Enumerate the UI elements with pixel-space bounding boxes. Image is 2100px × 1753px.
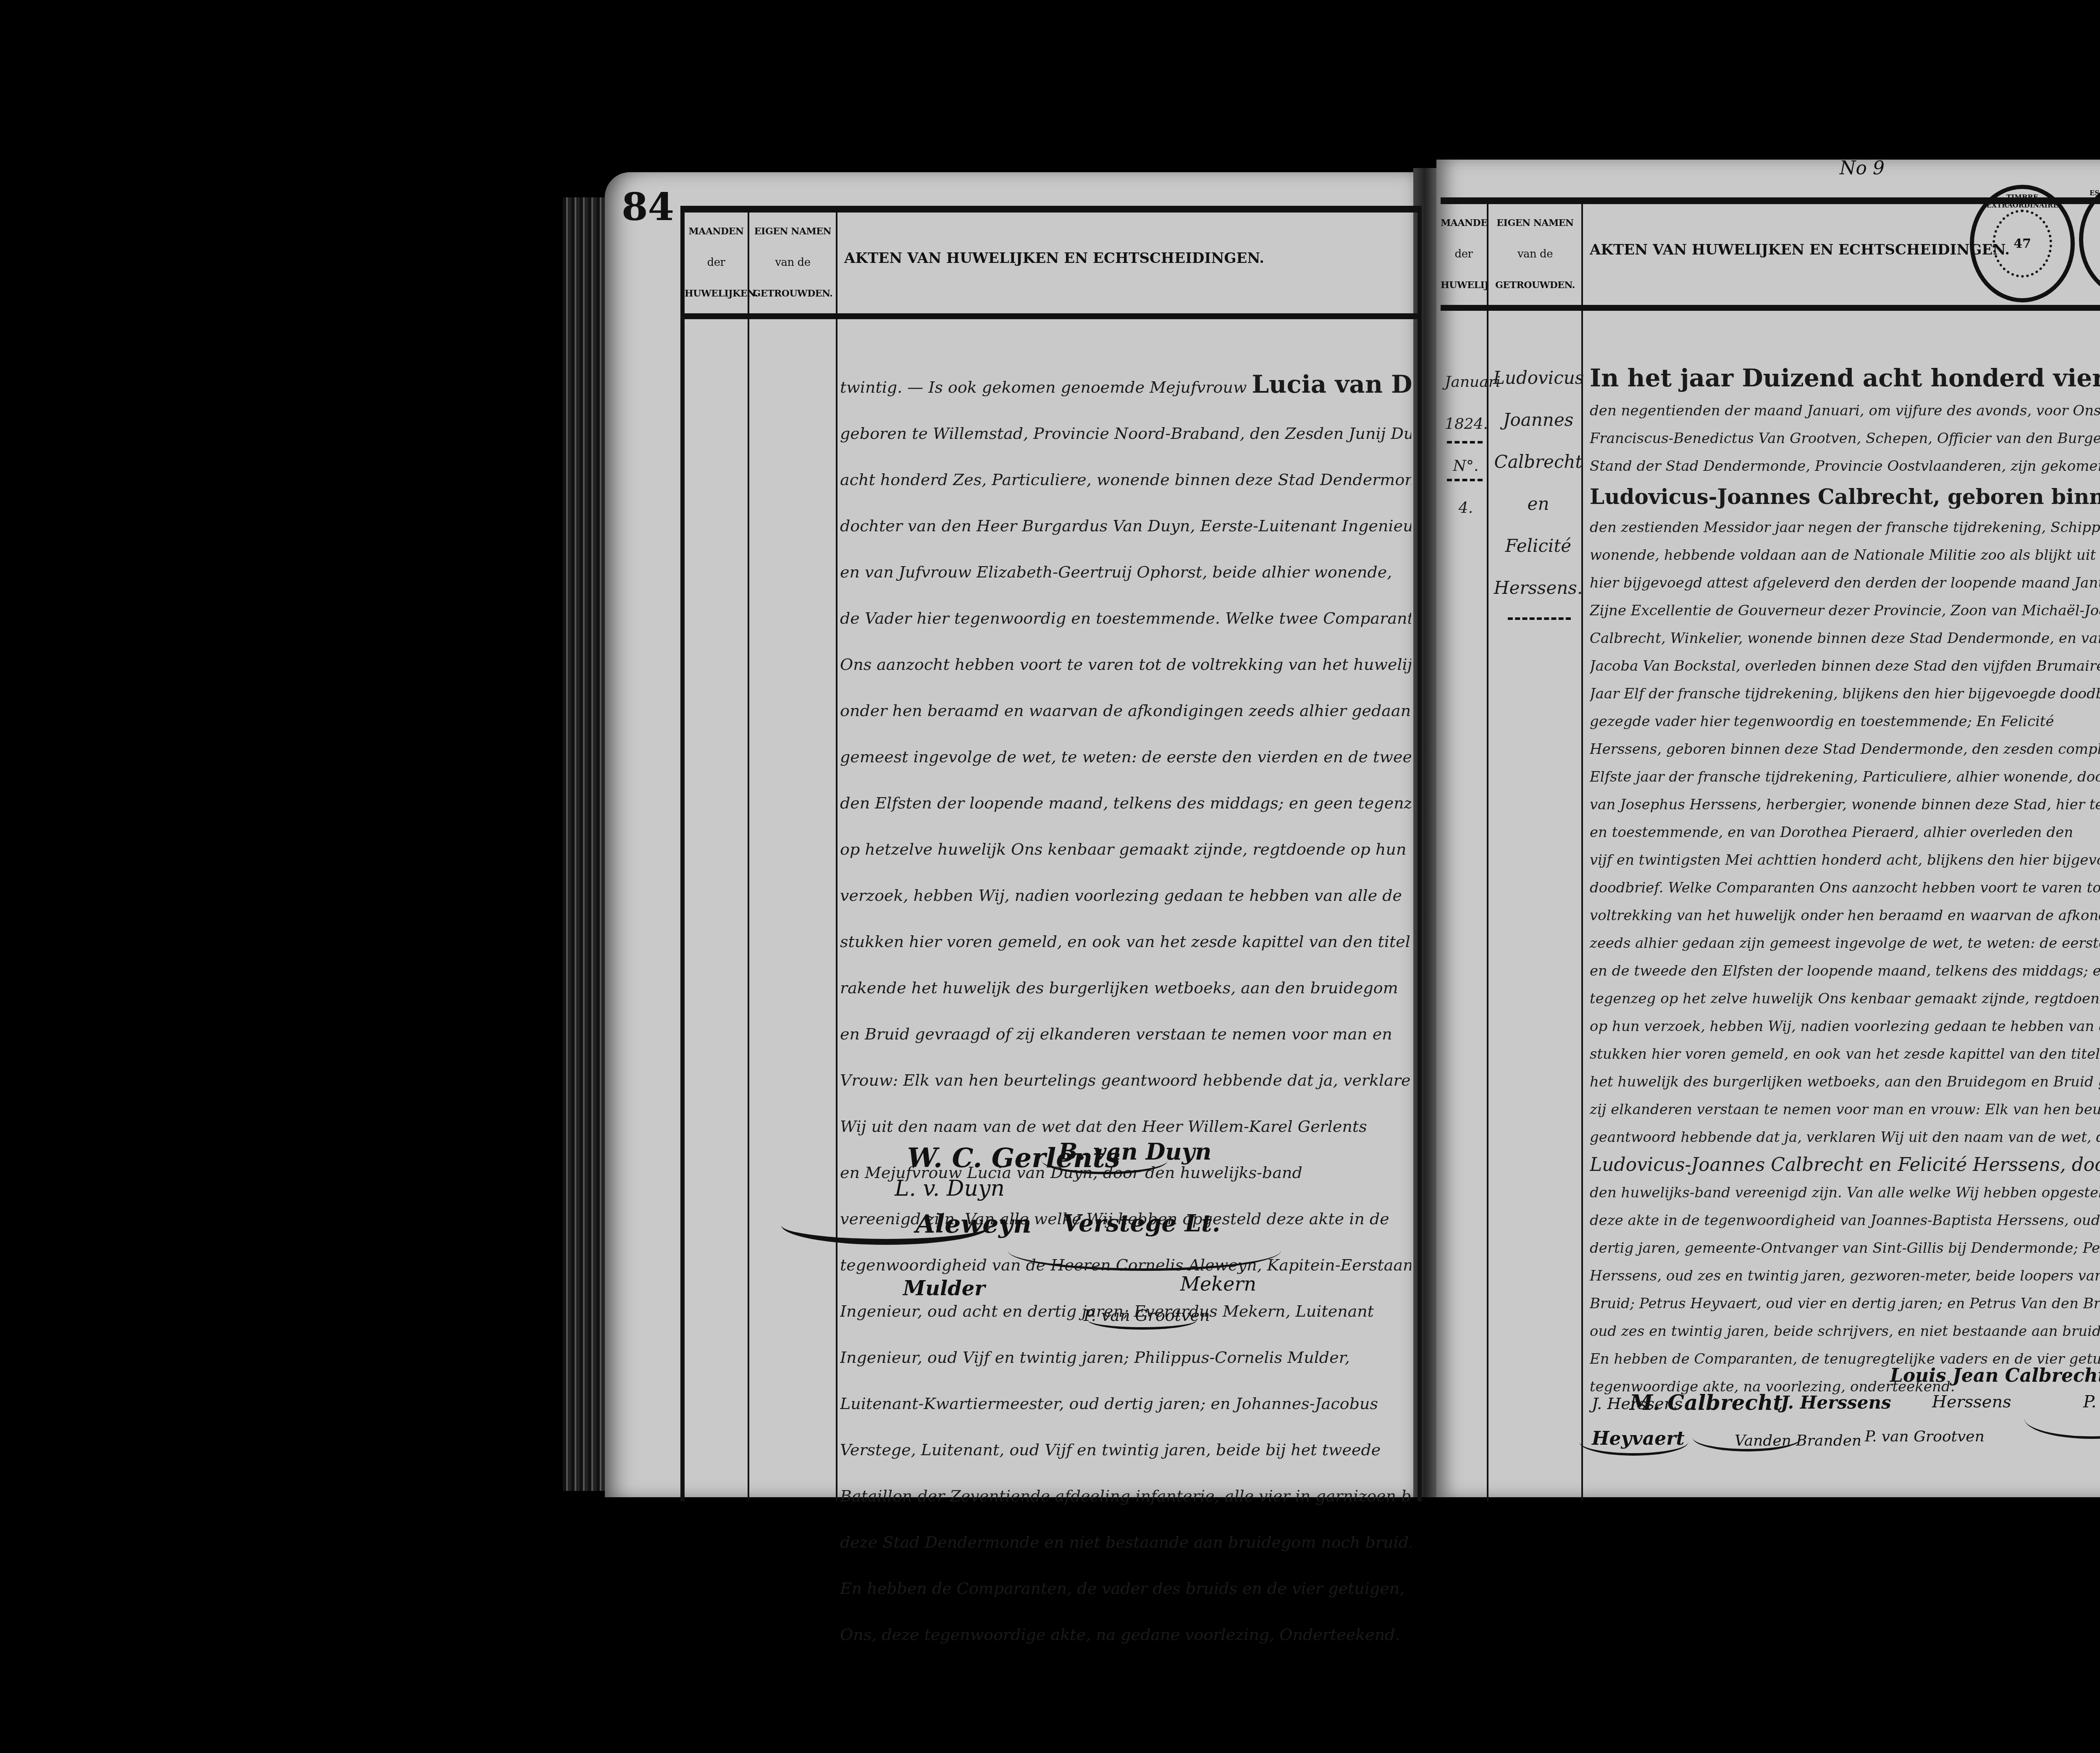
bride-name: Lucia van Duyn	[1252, 370, 1411, 399]
signature: Louis Jean Calbrecht	[1890, 1365, 2100, 1386]
left-header-names: EIGEN NAMEN van de GETROUWDEN.	[750, 210, 836, 311]
text-line: en Bruid gevraagd of zij elkanderen vers…	[840, 1011, 1411, 1057]
signature-flourish	[781, 1205, 991, 1245]
seal-center: 47	[1992, 210, 2052, 278]
corner-note: No 9	[1840, 157, 1885, 179]
text-line: Ons aanzocht hebben voort te varen tot d…	[840, 641, 1411, 688]
signature: L. v. Duyn	[895, 1176, 1005, 1201]
text-line: en van Jufvrouw Elizabeth-Geertruij Opho…	[840, 549, 1411, 595]
text-line: stukken hier voren gemeld, en ook van he…	[840, 918, 1411, 965]
text-line: Verstege, Luitenant, oud Vijf en twintig…	[840, 1427, 1411, 1473]
signature: Mekern	[1180, 1273, 1256, 1295]
text-line: Stand der Stad Dendermonde, Provincie Oo…	[1590, 452, 2100, 480]
text-line: Elfste jaar der fransche tijdrekening, P…	[1590, 763, 2100, 791]
separator-flourish	[1508, 617, 1571, 620]
text-line: dertig jaren, gemeente-Ontvanger van Sin…	[1590, 1234, 2100, 1262]
text-line: op hetzelve huwelijk Ons kenbaar gemaakt…	[840, 826, 1411, 872]
text-line: Luitenant-Kwartiermeester, oud dertig ja…	[840, 1380, 1411, 1427]
signature: M. Calbrecht	[1630, 1390, 1782, 1415]
right-header-names: EIGEN NAMEN van de GETROUWDEN.	[1489, 202, 1581, 302]
text-line: den zestienden Messidor jaar negen der f…	[1590, 514, 2100, 541]
right-header-months: MAANDEN der HUWELIJKEN.	[1441, 202, 1487, 302]
text-line: acht honderd Zes, Particuliere, wonende …	[840, 457, 1411, 503]
text-line: tegenzeg op het zelve huwelijk Ons kenba…	[1590, 985, 2100, 1013]
text-line: Vrouw: Elk van hen beurtelings geantwoor…	[840, 1057, 1411, 1103]
text-line-opening: In het jaar Duizend acht honderd vier en…	[1590, 359, 2100, 397]
text-line: Jacoba Van Bockstal, overleden binnen de…	[1590, 652, 2100, 680]
signature-flourish	[1008, 1231, 1281, 1271]
signature: Herssens	[1932, 1392, 2011, 1412]
text-line: voltrekking van het huwelijk onder hen b…	[1590, 902, 2100, 929]
text-line: gemeest ingevolge de wet, te weten: de e…	[840, 734, 1411, 780]
text-line: stukken hier voren gemeld, en ook van he…	[1590, 1040, 2100, 1068]
text-line: Bataillon der Zeventiende afdeeling infa…	[840, 1473, 1411, 1519]
right-header-title: AKTEN VAN HUWELIJKEN EN ECHTSCHEIDINGEN.	[1590, 241, 2010, 258]
separator-flourish	[1447, 479, 1483, 481]
text-line: Zijne Excellentie de Gouverneur dezer Pr…	[1590, 597, 2100, 625]
signature: J. Herssens	[1781, 1392, 1891, 1413]
text-line: van Josephus Herssens, herbergier, wonen…	[1590, 791, 2100, 819]
spouses-names-margin: Ludovicus Joannes Calbrecht en Felicité …	[1493, 357, 1583, 609]
text-line: den huwelijks-band vereenigd zijn. Van a…	[1590, 1179, 2100, 1207]
signature: P. van Grootven	[1865, 1428, 1984, 1445]
text-line: onder hen beraamd en waarvan de afkondig…	[840, 688, 1411, 734]
timbre-extraordinaire-seal: TIMBRE EXTRAORDINAIRE 47	[1970, 185, 2075, 302]
text-line: Ingenieur, oud Vijf en twintig jaren; Ph…	[840, 1334, 1411, 1380]
text-line: en de tweede den Elfsten der loopende ma…	[1590, 957, 2100, 985]
text-line: gezegde vader hier tegenwoordig en toest…	[1590, 708, 2100, 735]
text-line: Bruid; Petrus Heyvaert, oud vier en dert…	[1590, 1290, 2100, 1317]
text-line: Calbrecht, Winkelier, wonende binnen dez…	[1590, 625, 2100, 652]
text-line: geantwoord hebbende dat ja, verklaren Wi…	[1590, 1123, 2100, 1151]
text-line: Ons, deze tegenwoordige akte, na gedane …	[840, 1611, 1411, 1658]
text-line: hier bijgevoegd attest afgeleverd den de…	[1590, 569, 2100, 597]
signature-flourish	[1579, 1428, 1688, 1456]
text-line: deze akte in de tegenwoordigheid van Joa…	[1590, 1207, 2100, 1234]
text-line: oud zes en twintig jaren, beide schrijve…	[1590, 1317, 2100, 1345]
left-col-divider-2	[836, 210, 837, 1501]
signature-flourish	[1042, 1147, 1168, 1174]
signature-flourish	[1693, 1424, 1802, 1451]
text-line: rakende het huwelijk des burgerlijken we…	[840, 965, 1411, 1011]
text-line: En hebben de Comparanten, de vader des b…	[840, 1565, 1411, 1611]
text-line: verzoek, hebben Wij, nadien voorlezing g…	[840, 872, 1411, 918]
spouses-names-line: Ludovicus-Joannes Calbrecht en Felicité …	[1590, 1151, 2100, 1179]
right-col-divider-1	[1487, 202, 1488, 1501]
book-page-edges-left	[563, 197, 605, 1491]
right-act-text: In het jaar Duizend acht honderd vier en…	[1590, 359, 2100, 1401]
left-header-title: AKTEN VAN HUWELIJKEN EN ECHTSCHEIDINGEN.	[844, 250, 1264, 267]
separator-flourish	[1447, 441, 1483, 443]
text-line: de Vader hier tegenwoordig en toestemmen…	[840, 595, 1411, 641]
text-line: den Elfsten der loopende maand, telkens …	[840, 780, 1411, 826]
text-line: Herssens, oud zes en twintig jaren, gezw…	[1590, 1262, 2100, 1290]
text-line: Franciscus-Benedictus Van Grootven, Sche…	[1590, 425, 2100, 452]
signature: Mulder	[903, 1277, 985, 1300]
left-header-months: MAANDEN der HUWELIJKEN.	[685, 210, 748, 311]
text-line: twintig. — Is ook gekomen genoemde Mejuf…	[840, 361, 1411, 410]
text-line: deze Stad Dendermonde en niet bestaande …	[840, 1519, 1411, 1565]
text-line: en toestemmende, en van Dorothea Pieraer…	[1590, 819, 2100, 846]
text-line: doodbrief. Welke Comparanten Ons aanzoch…	[1590, 874, 2100, 902]
text-line: op hun verzoek, hebben Wij, nadien voorl…	[1590, 1013, 2100, 1040]
text-line: zij elkanderen verstaan te nemen voor ma…	[1590, 1096, 2100, 1123]
left-act-text: twintig. — Is ook gekomen genoemde Mejuf…	[840, 361, 1411, 1658]
text-line: Herssens, geboren binnen deze Stad Dende…	[1590, 735, 2100, 763]
left-page-number: 84	[622, 185, 674, 229]
text-line: vijf en twintigsten Mei achttien honderd…	[1590, 846, 2100, 874]
text-line: geboren te Willemstad, Provincie Noord-B…	[840, 410, 1411, 457]
text-line: het huwelijk des burgerlijken wetboeks, …	[1590, 1068, 2100, 1096]
signature-flourish	[1088, 1310, 1197, 1330]
text-line: zeeds alhier gedaan zijn gemeest ingevol…	[1590, 929, 2100, 957]
text-line: wonende, hebbende voldaan aan de Nationa…	[1590, 541, 2100, 569]
groom-name-line: Ludovicus-Joannes Calbrecht, geboren bin…	[1590, 480, 2100, 514]
text-line: den negentienden der maand Januari, om v…	[1590, 397, 2100, 425]
text-line: dochter van den Heer Burgardus Van Duyn,…	[840, 503, 1411, 549]
left-col-divider-1	[748, 210, 749, 1501]
text-line: Jaar Elf der fransche tijdrekening, blij…	[1590, 680, 2100, 708]
act-date-margin: Januari 1824. N°. 4.	[1445, 361, 1487, 529]
